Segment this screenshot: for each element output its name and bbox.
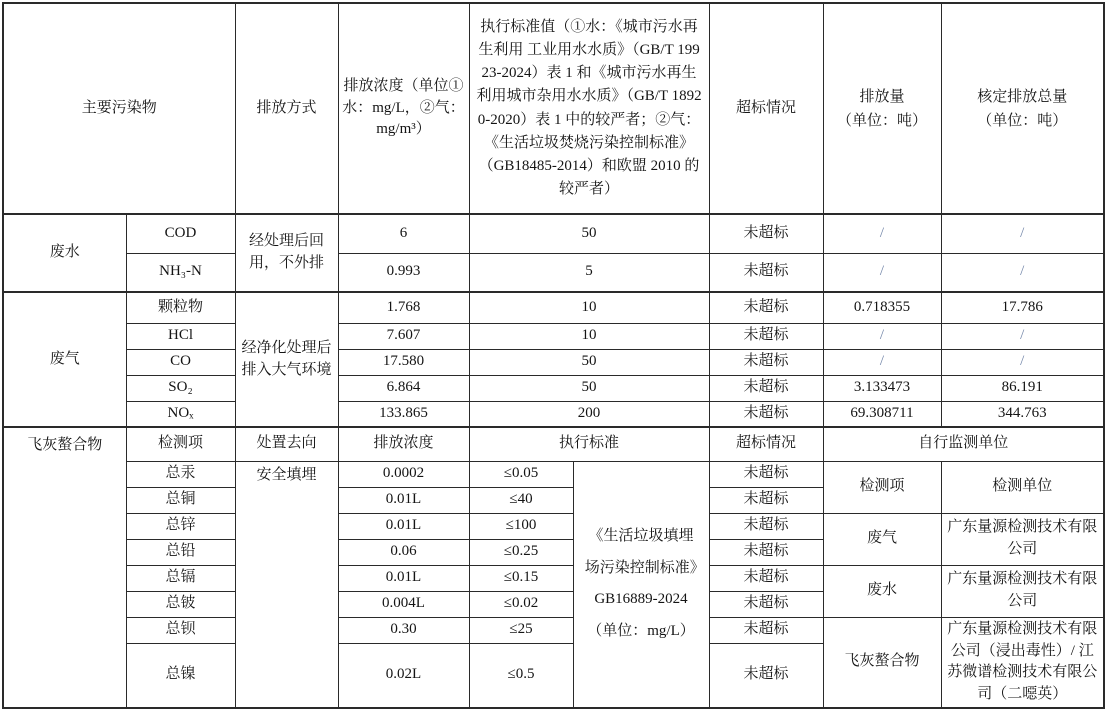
standard-cell: 50 <box>469 375 709 401</box>
total-cell: / <box>941 349 1104 375</box>
concentration-cell: 0.01L <box>338 487 469 513</box>
header-discharge-amount-unit: （单位：吨） <box>827 109 938 133</box>
amount-cell: 3.133473 <box>823 375 941 401</box>
concentration-cell: 0.0002 <box>338 461 469 487</box>
concentration-cell: 1.768 <box>338 292 469 323</box>
pollutant-name-cell: 总铍 <box>126 591 235 617</box>
limit-cell: ≤0.25 <box>469 539 573 565</box>
amount-cell: / <box>823 349 941 375</box>
standard-cell: 5 <box>469 253 709 292</box>
pollutant-name-cell: 总锌 <box>126 513 235 539</box>
standard-cell: 50 <box>469 214 709 253</box>
pollutant-name-cell: NOₓ <box>126 401 235 427</box>
standard-cell: 200 <box>469 401 709 427</box>
header-discharge-amount-label: 排放量 <box>827 85 938 109</box>
header-exceedance: 超标情况 <box>709 3 823 214</box>
subheader-exceedance: 超标情况 <box>709 427 823 461</box>
category-fly-ash: 飞灰螯合物 <box>3 427 126 708</box>
concentration-cell: 6.864 <box>338 375 469 401</box>
status-cell: 未超标 <box>709 539 823 565</box>
monitoring-item-cell: 检测项 <box>823 461 941 513</box>
concentration-cell: 0.02L <box>338 643 469 708</box>
standard-cell: 10 <box>469 292 709 323</box>
pollutant-name-cell: 总钡 <box>126 617 235 643</box>
header-discharge-method: 排放方式 <box>235 3 338 214</box>
status-cell: 未超标 <box>709 375 823 401</box>
limit-cell: ≤0.5 <box>469 643 573 708</box>
limit-cell: ≤40 <box>469 487 573 513</box>
amount-cell: / <box>823 253 941 292</box>
total-cell: 86.191 <box>941 375 1104 401</box>
status-cell: 未超标 <box>709 643 823 708</box>
subheader-concentration: 排放浓度 <box>338 427 469 461</box>
subheader-disposal: 处置去向 <box>235 427 338 461</box>
status-cell: 未超标 <box>709 214 823 253</box>
pollutant-name-cell: 总镍 <box>126 643 235 708</box>
concentration-cell: 6 <box>338 214 469 253</box>
pollutant-name-cell: 总铜 <box>126 487 235 513</box>
total-cell: / <box>941 323 1104 349</box>
disposal-method-cell: 安全填埋 <box>235 461 338 708</box>
status-cell: 未超标 <box>709 461 823 487</box>
header-concentration: 排放浓度（单位①水：mg/L，②气：mg/m³） <box>338 3 469 214</box>
status-cell: 未超标 <box>709 323 823 349</box>
header-discharge-amount: 排放量 （单位：吨） <box>823 3 941 214</box>
status-cell: 未超标 <box>709 591 823 617</box>
monitoring-item-cell: 废气 <box>823 513 941 565</box>
pollutant-name-cell: SO₂ <box>126 375 235 401</box>
concentration-cell: 0.06 <box>338 539 469 565</box>
concentration-cell: 0.01L <box>338 513 469 539</box>
limit-cell: ≤0.05 <box>469 461 573 487</box>
standard-doc-cell: 《生活垃圾填埋场污染控制标准》GB16889-2024（单位：mg/L） <box>573 461 709 708</box>
subheader-standard: 执行标准 <box>469 427 709 461</box>
monitoring-item-cell: 废水 <box>823 565 941 617</box>
total-cell: / <box>941 253 1104 292</box>
pollutant-name-cell: COD <box>126 214 235 253</box>
concentration-cell: 17.580 <box>338 349 469 375</box>
concentration-cell: 133.865 <box>338 401 469 427</box>
concentration-cell: 0.01L <box>338 565 469 591</box>
header-approved-total: 核定排放总量 （单位：吨） <box>941 3 1104 214</box>
header-standard-value: 执行标准值（①水：《城市污水再生利用 工业用水水质》（GB/T 19923-20… <box>469 3 709 214</box>
header-approved-total-label: 核定排放总量 <box>945 85 1101 109</box>
wastewater-method-cell: 经处理后回用，不外排 <box>235 214 338 292</box>
total-cell: 17.786 <box>941 292 1104 323</box>
limit-cell: ≤0.02 <box>469 591 573 617</box>
standard-cell: 50 <box>469 349 709 375</box>
total-cell: / <box>941 214 1104 253</box>
amount-cell: / <box>823 214 941 253</box>
header-main-pollutant: 主要污染物 <box>3 3 235 214</box>
standard-cell: 10 <box>469 323 709 349</box>
concentration-cell: 0.30 <box>338 617 469 643</box>
limit-cell: ≤100 <box>469 513 573 539</box>
status-cell: 未超标 <box>709 487 823 513</box>
monitoring-unit-cell: 检测单位 <box>941 461 1104 513</box>
concentration-cell: 0.993 <box>338 253 469 292</box>
monitoring-unit-cell: 广东量源检测技术有限公司 <box>941 565 1104 617</box>
pollutant-discharge-table: 主要污染物 排放方式 排放浓度（单位①水：mg/L，②气：mg/m³） 执行标准… <box>2 2 1105 709</box>
category-waste-gas: 废气 <box>3 292 126 427</box>
pollutant-name-cell: HCl <box>126 323 235 349</box>
monitoring-unit-cell: 广东量源检测技术有限公司 <box>941 513 1104 565</box>
pollutant-name-cell: NH₃-N <box>126 253 235 292</box>
status-cell: 未超标 <box>709 349 823 375</box>
concentration-cell: 7.607 <box>338 323 469 349</box>
concentration-cell: 0.004L <box>338 591 469 617</box>
amount-cell: 0.718355 <box>823 292 941 323</box>
amount-cell: / <box>823 323 941 349</box>
status-cell: 未超标 <box>709 513 823 539</box>
pollutant-name-cell: 总汞 <box>126 461 235 487</box>
pollutant-name-cell: 颗粒物 <box>126 292 235 323</box>
subheader-item: 检测项 <box>126 427 235 461</box>
status-cell: 未超标 <box>709 565 823 591</box>
limit-cell: ≤0.15 <box>469 565 573 591</box>
status-cell: 未超标 <box>709 617 823 643</box>
monitoring-unit-cell: 广东量源检测技术有限公司（浸出毒性）/ 江苏微谱检测技术有限公司（二噁英） <box>941 617 1104 708</box>
category-wastewater: 废水 <box>3 214 126 292</box>
status-cell: 未超标 <box>709 292 823 323</box>
pollutant-name-cell: CO <box>126 349 235 375</box>
status-cell: 未超标 <box>709 253 823 292</box>
status-cell: 未超标 <box>709 401 823 427</box>
limit-cell: ≤25 <box>469 617 573 643</box>
pollutant-name-cell: 总镉 <box>126 565 235 591</box>
monitoring-item-cell: 飞灰螯合物 <box>823 617 941 708</box>
waste-gas-method-cell: 经净化处理后排入大气环境 <box>235 292 338 427</box>
subheader-monitoring: 自行监测单位 <box>823 427 1104 461</box>
amount-cell: 69.308711 <box>823 401 941 427</box>
header-approved-total-unit: （单位：吨） <box>945 109 1101 133</box>
pollutant-name-cell: 总铅 <box>126 539 235 565</box>
total-cell: 344.763 <box>941 401 1104 427</box>
